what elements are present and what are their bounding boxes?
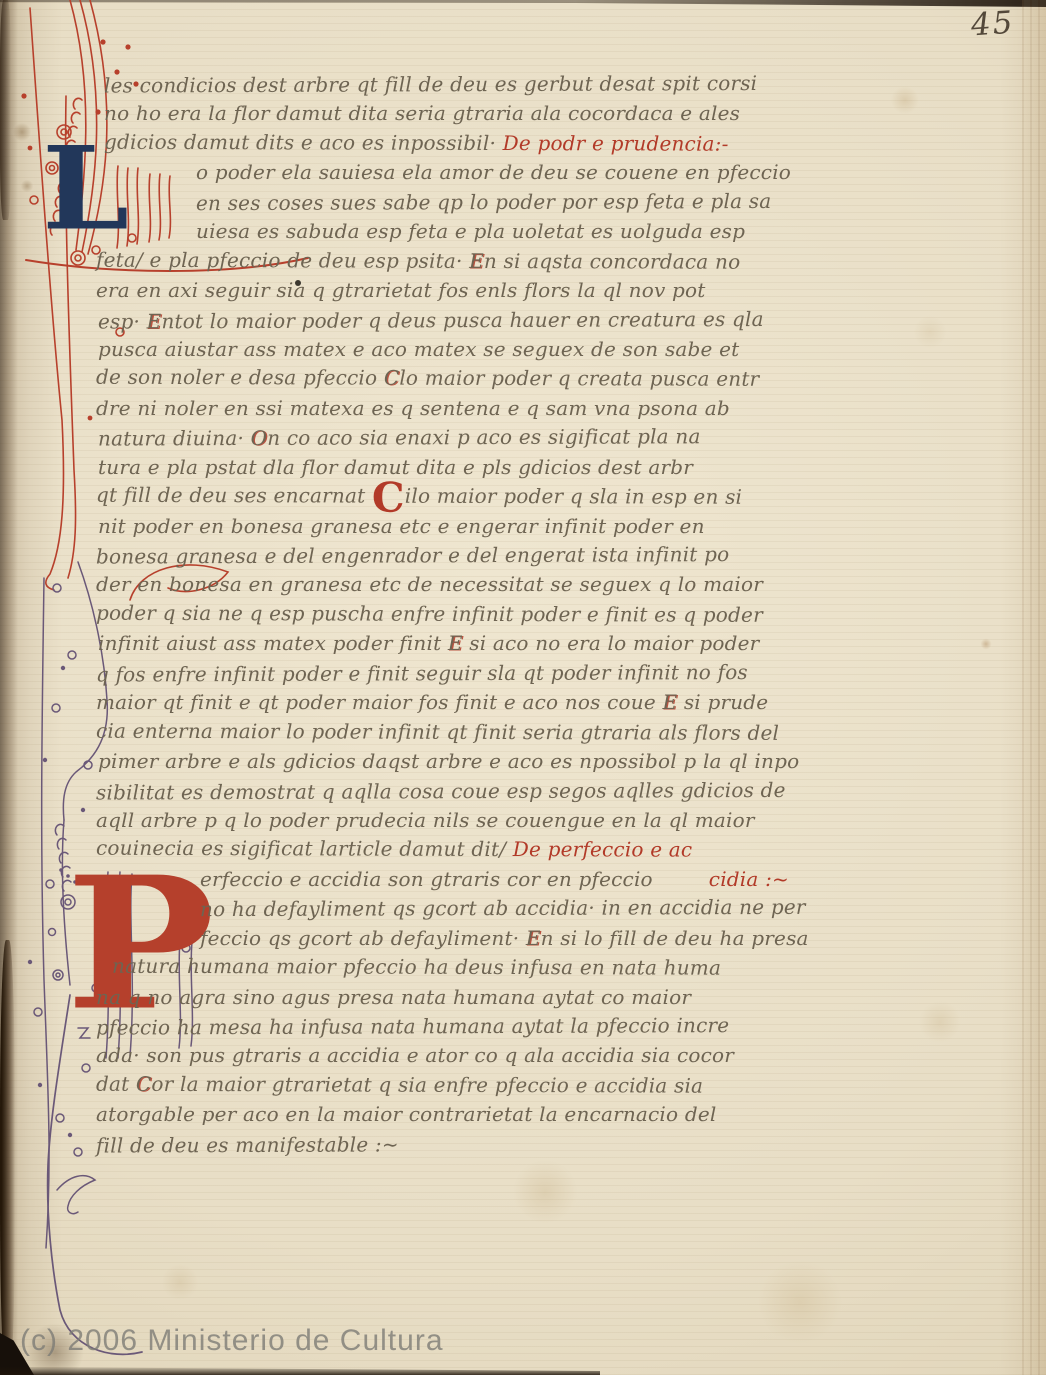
body-text: ilo maior poder q sla in esp en si [405, 484, 742, 509]
manuscript-line: na q no agra sino agus presa nata humana… [96, 985, 908, 1014]
manuscript-line: nit poder en bonesa granesa etc e engera… [96, 514, 908, 543]
body-text: en ses coses sues sabe qp lo poder por e… [196, 189, 771, 215]
manuscript-line: tura e pla pstat dla flor damut dita e p… [96, 455, 908, 484]
body-text: or la maior gtrarietat q sia enfre pfecc… [151, 1072, 703, 1098]
body-text: natura diuina· [98, 426, 251, 451]
manuscript-line: feccio qs gcort ab defayliment· En si lo… [96, 926, 908, 955]
manuscript-line: maior qt finit e qt poder maior fos fini… [96, 690, 908, 719]
manuscript-line: no ha defayliment qs gcort ab accidia· i… [96, 895, 908, 928]
body-text: ntot lo maior poder q deus pusca hauer e… [161, 306, 763, 332]
manuscript-line: cia enterna maior lo poder infinit qt fi… [96, 718, 908, 750]
text-block: les condicios dest arbre qt fill de deu … [96, 72, 908, 1161]
manuscript-line: der en bonesa en granesa etc de necessit… [96, 572, 908, 601]
rubric-text: C [372, 474, 405, 522]
body-text: couinecia es sigificat larticle damut di… [96, 836, 513, 861]
manuscript-line: no ho era la flor damut dita seria gtrar… [96, 101, 908, 130]
manuscript-line: dat Cor la maior gtrarietat q sia enfre … [96, 1072, 908, 1104]
manuscript-line: poder q sia ne q esp puscha enfre infini… [96, 601, 908, 633]
body-text: n si aqsta concordaca no [484, 249, 740, 274]
body-text: pfeccio ha mesa ha infusa nata humana ay… [96, 1013, 729, 1039]
body-text: pusca aiustar ass matex e aco matex se s… [98, 337, 739, 361]
body-text: qt fill de deu ses encarnat [96, 483, 372, 508]
body-text: si prude [677, 690, 768, 714]
body-text: de son noler e desa pfeccio [96, 365, 384, 390]
body-text: feccio qs gcort ab defayliment· [200, 926, 526, 950]
manuscript-line: aqll arbre p q lo poder prudecia nils se… [96, 808, 908, 837]
body-text: no ha defayliment qs gcort ab accidia· i… [200, 895, 806, 921]
manuscript-line: bonesa granesa e del engenrador e del en… [96, 541, 908, 574]
body-text: lo maior poder q creata pusca entr [399, 366, 759, 391]
rubric-text: De podr e prudencia:- [503, 131, 729, 156]
manuscript-line: uiesa es sabuda esp feta e pla uoletat e… [96, 219, 908, 248]
body-text: na q no agra sino agus presa nata humana… [96, 985, 691, 1009]
body-text: der en bonesa en granesa etc de necessit… [96, 572, 763, 596]
rubric-text: cidia :~ [709, 867, 789, 891]
manuscript-line: fill de deu es manifestable :~ [96, 1130, 908, 1163]
manuscript-line: o poder ela sauiesa ela amor de deu se c… [96, 160, 908, 189]
folio-number: 45 [970, 5, 1016, 44]
rubric-text: De perfeccio e ac [513, 837, 693, 862]
body-text: o poder ela sauiesa ela amor de deu se c… [196, 160, 791, 184]
manuscript-line: ada· son pus gtraris a accidia e ator co… [96, 1043, 908, 1072]
body-text: no ho era la flor damut dita seria gtrar… [104, 101, 740, 125]
manuscript-page: 45 [0, 0, 1046, 1375]
body-text: feta/ e pla pfeccio de deu esp psita· [96, 247, 469, 272]
manuscript-line: pusca aiustar ass matex e aco matex se s… [96, 337, 908, 366]
body-text: esp· [98, 309, 147, 333]
body-text: les condicios dest arbre qt fill de deu … [104, 71, 757, 98]
manuscript-line: qt fill de deu ses encarnat Cilo maior p… [96, 483, 908, 515]
manuscript-line: couinecia es sigificat larticle damut di… [96, 836, 908, 868]
body-text: uiesa es sabuda esp feta e pla uoletat e… [196, 219, 745, 243]
body-text: E [147, 309, 162, 333]
copyright-watermark: (c) 2006 Ministerio de Cultura [20, 1324, 444, 1358]
manuscript-line: atorgable per aco en la maior contrariet… [96, 1102, 908, 1131]
manuscript-line: en ses coses sues sabe qp lo poder por e… [96, 188, 908, 221]
manuscript-line: esp· Entot lo maior poder q deus pusca h… [96, 306, 908, 339]
body-text: sibilitat es demostrat q aqlla cosa coue… [96, 777, 786, 804]
body-text: natura humana maior pfeccio ha deus infu… [112, 954, 721, 980]
body-text: infinit aiust ass matex poder finit [98, 631, 448, 655]
manuscript-line: sibilitat es demostrat q aqlla cosa coue… [96, 777, 908, 810]
manuscript-line: dre ni noler en ssi matexa es q sentena … [96, 396, 908, 425]
manuscript-line: de son noler e desa pfeccio Clo maior po… [96, 365, 908, 397]
manuscript-line: infinit aiust ass matex poder finit E si… [96, 631, 908, 660]
body-text: E [469, 249, 484, 273]
body-text: si aco no era lo maior poder [463, 631, 760, 655]
body-text: q fos enfre infinit poder e finit seguir… [96, 660, 748, 687]
body-text: bonesa granesa e del engenrador e del en… [96, 542, 729, 568]
manuscript-line: feta/ e pla pfeccio de deu esp psita· En… [96, 247, 908, 279]
manuscript-line: pfeccio ha mesa ha infusa nata humana ay… [96, 1012, 908, 1045]
body-text: cia enterna maior lo poder infinit qt fi… [96, 718, 779, 744]
body-text: aqll arbre p q lo poder prudecia nils se… [96, 808, 755, 832]
manuscript-line: q fos enfre infinit poder e finit seguir… [96, 659, 908, 692]
body-text: E [662, 690, 677, 714]
body-text: dat [96, 1072, 136, 1096]
body-text: fill de deu es manifestable :~ [96, 1132, 399, 1157]
manuscript-line: erfeccio e accidia son gtraris cor en pf… [96, 867, 908, 896]
body-text: n si lo fill de deu ha presa [541, 926, 809, 950]
body-text: C [384, 366, 400, 390]
body-text: O [251, 426, 268, 450]
body-text: E [448, 631, 463, 655]
body-text: era en axi seguir sia q gtrarietat fos e… [96, 278, 706, 302]
manuscript-line: pimer arbre e als gdicios daqst arbre e … [96, 749, 908, 778]
manuscript-line: era en axi seguir sia q gtrarietat fos e… [96, 278, 908, 307]
body-text: C [136, 1072, 152, 1096]
page-right-edge [1022, 0, 1046, 1375]
body-text: gdicios damut dits e aco es inpossibil· [104, 130, 503, 155]
body-text: dre ni noler en ssi matexa es q sentena … [96, 396, 730, 420]
manuscript-line: gdicios damut dits e aco es inpossibil· … [96, 130, 908, 162]
body-text: poder q sia ne q esp puscha enfre infini… [96, 601, 763, 627]
manuscript-line: natura diuina· On co aco sia enaxi p aco… [96, 424, 908, 457]
body-text: maior qt finit e qt poder maior fos fini… [96, 690, 662, 714]
body-text: ada· son pus gtraris a accidia e ator co… [96, 1043, 734, 1067]
manuscript-line: les condicios dest arbre qt fill de deu … [96, 70, 908, 103]
body-text: erfeccio e accidia son gtraris cor en pf… [200, 867, 653, 891]
body-text: E [526, 926, 541, 950]
body-text: atorgable per aco en la maior contrariet… [96, 1102, 716, 1126]
body-text: pimer arbre e als gdicios daqst arbre e … [98, 749, 799, 773]
body-text: n co aco sia enaxi p aco es sigificat pl… [267, 424, 700, 450]
manuscript-line: natura humana maior pfeccio ha deus infu… [96, 954, 908, 986]
